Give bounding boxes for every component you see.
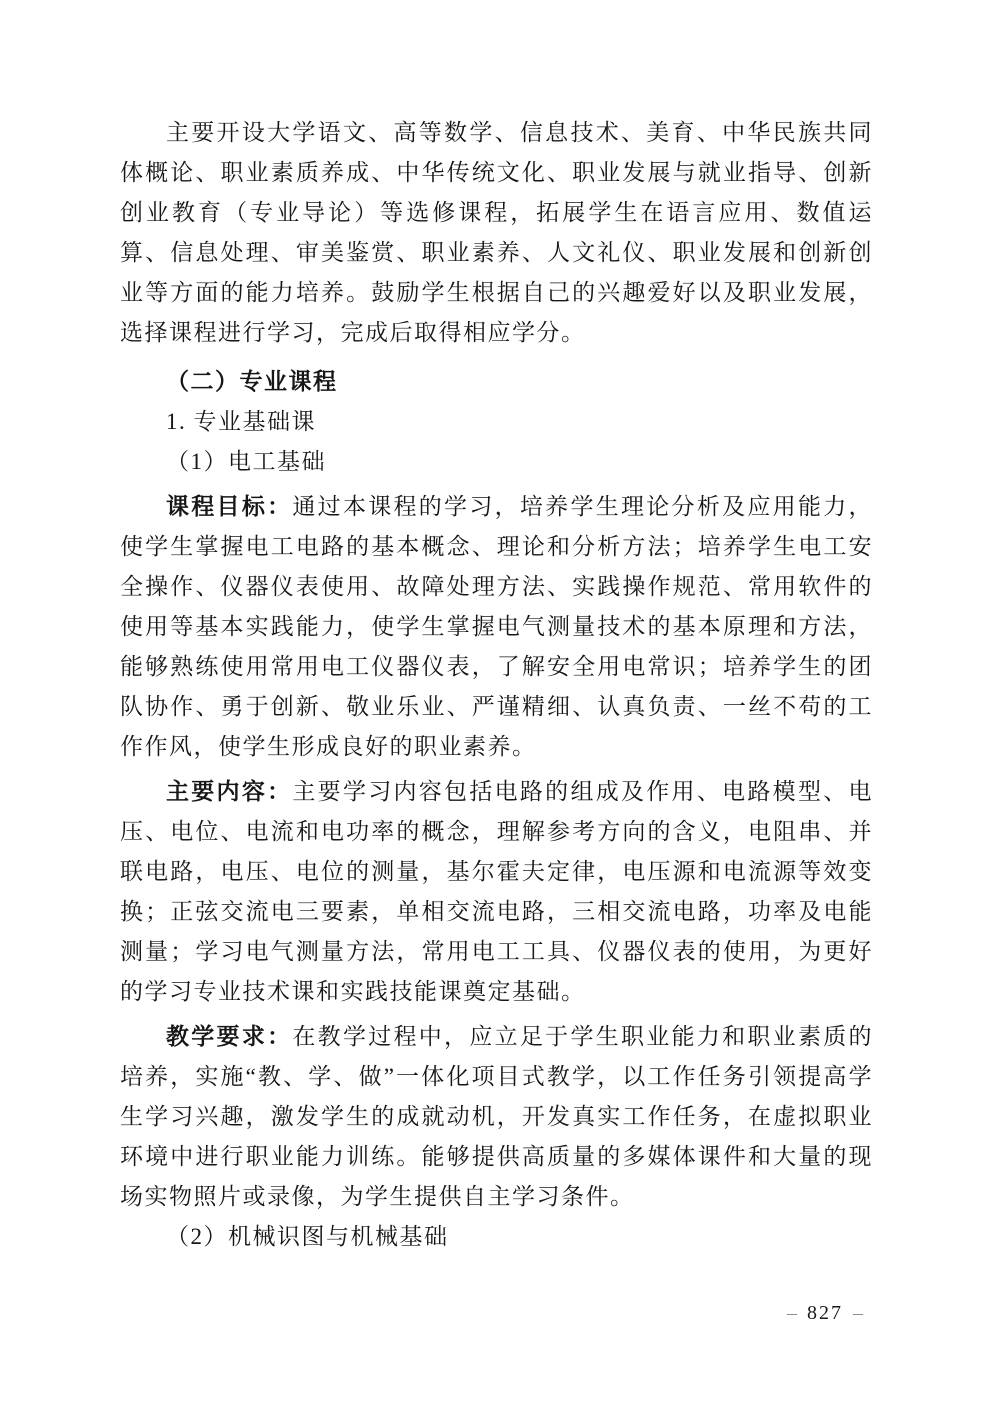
course-requirements-label: 教学要求： <box>166 1024 292 1049</box>
course-goal-text: 通过本课程的学习，培养学生理论分析及应用能力，使学生掌握电工电路的基本概念、理论… <box>120 494 873 759</box>
intro-paragraph: 主要开设大学语文、高等数学、信息技术、美育、中华民族共同体概论、职业素质养成、中… <box>120 113 873 353</box>
page-number-footer: – 827 – <box>787 1300 863 1326</box>
course-content-paragraph: 主要内容：主要学习内容包括电路的组成及作用、电路模型、电压、电位、电流和电功率的… <box>120 772 873 1012</box>
course-content-label: 主要内容： <box>166 779 292 804</box>
course-goal-paragraph: 课程目标：通过本课程的学习，培养学生理论分析及应用能力，使学生掌握电工电路的基本… <box>120 487 873 767</box>
page-number: 827 <box>807 1300 843 1326</box>
section-heading: （二）专业课程 <box>120 362 873 402</box>
course-requirements-paragraph: 教学要求：在教学过程中，应立足于学生职业能力和职业素质的培养，实施“教、学、做”… <box>120 1017 873 1217</box>
subsection-heading: 1. 专业基础课 <box>120 402 873 442</box>
course-content-text: 主要学习内容包括电路的组成及作用、电路模型、电压、电位、电流和电功率的概念，理解… <box>120 779 873 1004</box>
course1-heading: （1）电工基础 <box>120 442 873 482</box>
course-requirements-text: 在教学过程中，应立足于学生职业能力和职业素质的培养，实施“教、学、做”一体化项目… <box>120 1024 873 1209</box>
course2-heading: （2）机械识图与机械基础 <box>120 1217 873 1257</box>
page-content: 主要开设大学语文、高等数学、信息技术、美育、中华民族共同体概论、职业素质养成、中… <box>120 113 873 1257</box>
page-number-dash-right: – <box>853 1300 863 1326</box>
course-goal-label: 课程目标： <box>166 494 292 519</box>
page-number-dash-left: – <box>787 1300 797 1326</box>
document-page: 主要开设大学语文、高等数学、信息技术、美育、中华民族共同体概论、职业素质养成、中… <box>0 0 1000 1414</box>
